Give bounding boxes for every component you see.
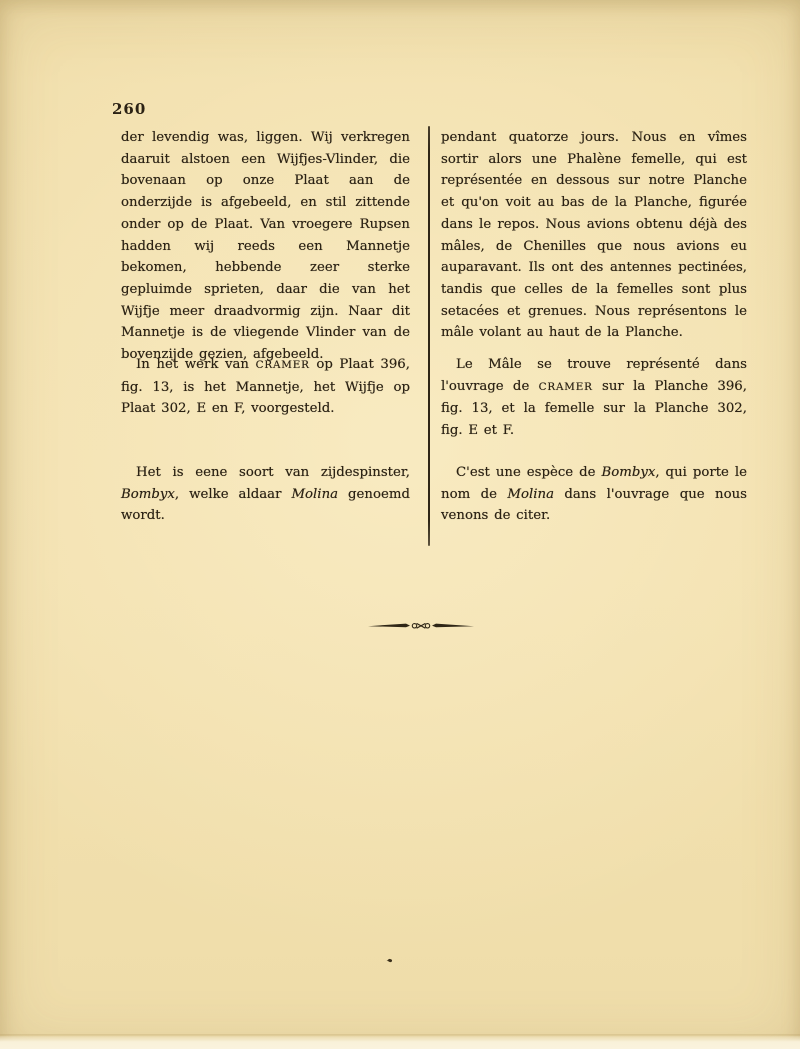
scan-bottom-edge [0, 1036, 800, 1049]
page-number: 260 [112, 100, 146, 118]
ink-speck [388, 958, 393, 962]
section-divider-ornament [368, 618, 474, 632]
dutch-paragraph-3: Het is eene soort van zijdespinster, Bom… [121, 462, 410, 527]
dutch-paragraph-2: In het werk van CRAMER op Plaat 396, fig… [121, 354, 410, 420]
dutch-paragraph-1: der levendig was, liggen. Wij verkregen … [121, 127, 410, 366]
french-paragraph-1: pendant quatorze jours. Nous en vîmes so… [441, 127, 747, 344]
column-divider-rule [428, 126, 430, 546]
book-page: 260 der levendig was, liggen. Wij verkre… [0, 0, 800, 1049]
french-paragraph-2: Le Mâle se trouve représenté dans l'ouvr… [441, 354, 747, 442]
french-paragraph-3: C'est une espèce de Bombyx, qui porte le… [441, 462, 747, 527]
